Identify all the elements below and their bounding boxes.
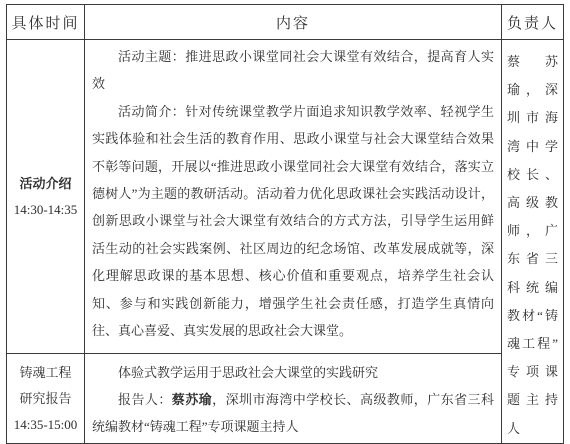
column-header-time: 具体时间 [7,5,85,40]
report-title-paragraph: 体验式教学运用于思政社会大课堂的实践研究 [92,359,494,386]
activity-brief-label: 活动简介： [118,104,185,119]
activity-brief-text: 针对传统课堂教学片面追求知识教学效率、轻视学生实践体验和社会生活的教育作用、思政… [92,104,494,338]
session-time-range: 14:30-14:35 [7,197,84,223]
column-header-content: 内容 [85,5,502,40]
report-title-text: 体验式教学运用于思政社会大课堂的实践研究 [118,365,378,380]
reporter-name: 蔡苏瑜 [172,392,212,407]
session-time-range: 14:35-15:00 [7,412,84,438]
activity-theme-paragraph: 活动主题：推进思政小课堂同社会大课堂有效结合，提高育人实效 [92,43,494,98]
content-cell-activity-intro: 活动主题：推进思政小课堂同社会大课堂有效结合，提高育人实效 活动简介：针对传统课… [85,40,502,354]
table-header-row: 具体时间 内容 负责人 [7,5,564,40]
session-title-line2: 研究报告 [7,386,84,412]
session-title: 活动介绍 [7,171,84,197]
responsible-person-text: 蔡苏瑜，深圳市海湾中学校长、高级教师，广东省三科统编教材“铸魂工程”专项课题主持… [507,54,558,436]
reporter-paragraph: 报告人：蔡苏瑜，深圳市海湾中学校长、高级教师，广东省三科统编教材“铸魂工程”专项… [92,386,494,440]
table-row: 活动介绍 14:30-14:35 活动主题：推进思政小课堂同社会大课堂有效结合，… [7,40,564,354]
schedule-page: 具体时间 内容 负责人 活动介绍 14:30-14:35 活动主题：推进思政小课… [0,0,570,402]
session-title-line1: 铸魂工程 [7,360,84,386]
reporter-label: 报告人： [118,392,172,407]
time-cell-research-report: 铸魂工程 研究报告 14:35-15:00 [7,354,85,444]
content-cell-research-report: 体验式教学运用于思政社会大课堂的实践研究 报告人：蔡苏瑜，深圳市海湾中学校长、高… [85,354,502,444]
activity-brief-paragraph: 活动简介：针对传统课堂教学片面追求知识教学效率、轻视学生实践体验和社会生活的教育… [92,98,494,345]
column-header-responsible: 负责人 [502,5,564,40]
table-row: 铸魂工程 研究报告 14:35-15:00 体验式教学运用于思政社会大课堂的实践… [7,354,564,444]
schedule-table: 具体时间 内容 负责人 活动介绍 14:30-14:35 活动主题：推进思政小课… [6,4,564,444]
activity-theme-label: 活动主题： [118,49,185,64]
responsible-person-cell: 蔡苏瑜，深圳市海湾中学校长、高级教师，广东省三科统编教材“铸魂工程”专项课题主持… [502,40,564,444]
time-cell-activity-intro: 活动介绍 14:30-14:35 [7,40,85,354]
